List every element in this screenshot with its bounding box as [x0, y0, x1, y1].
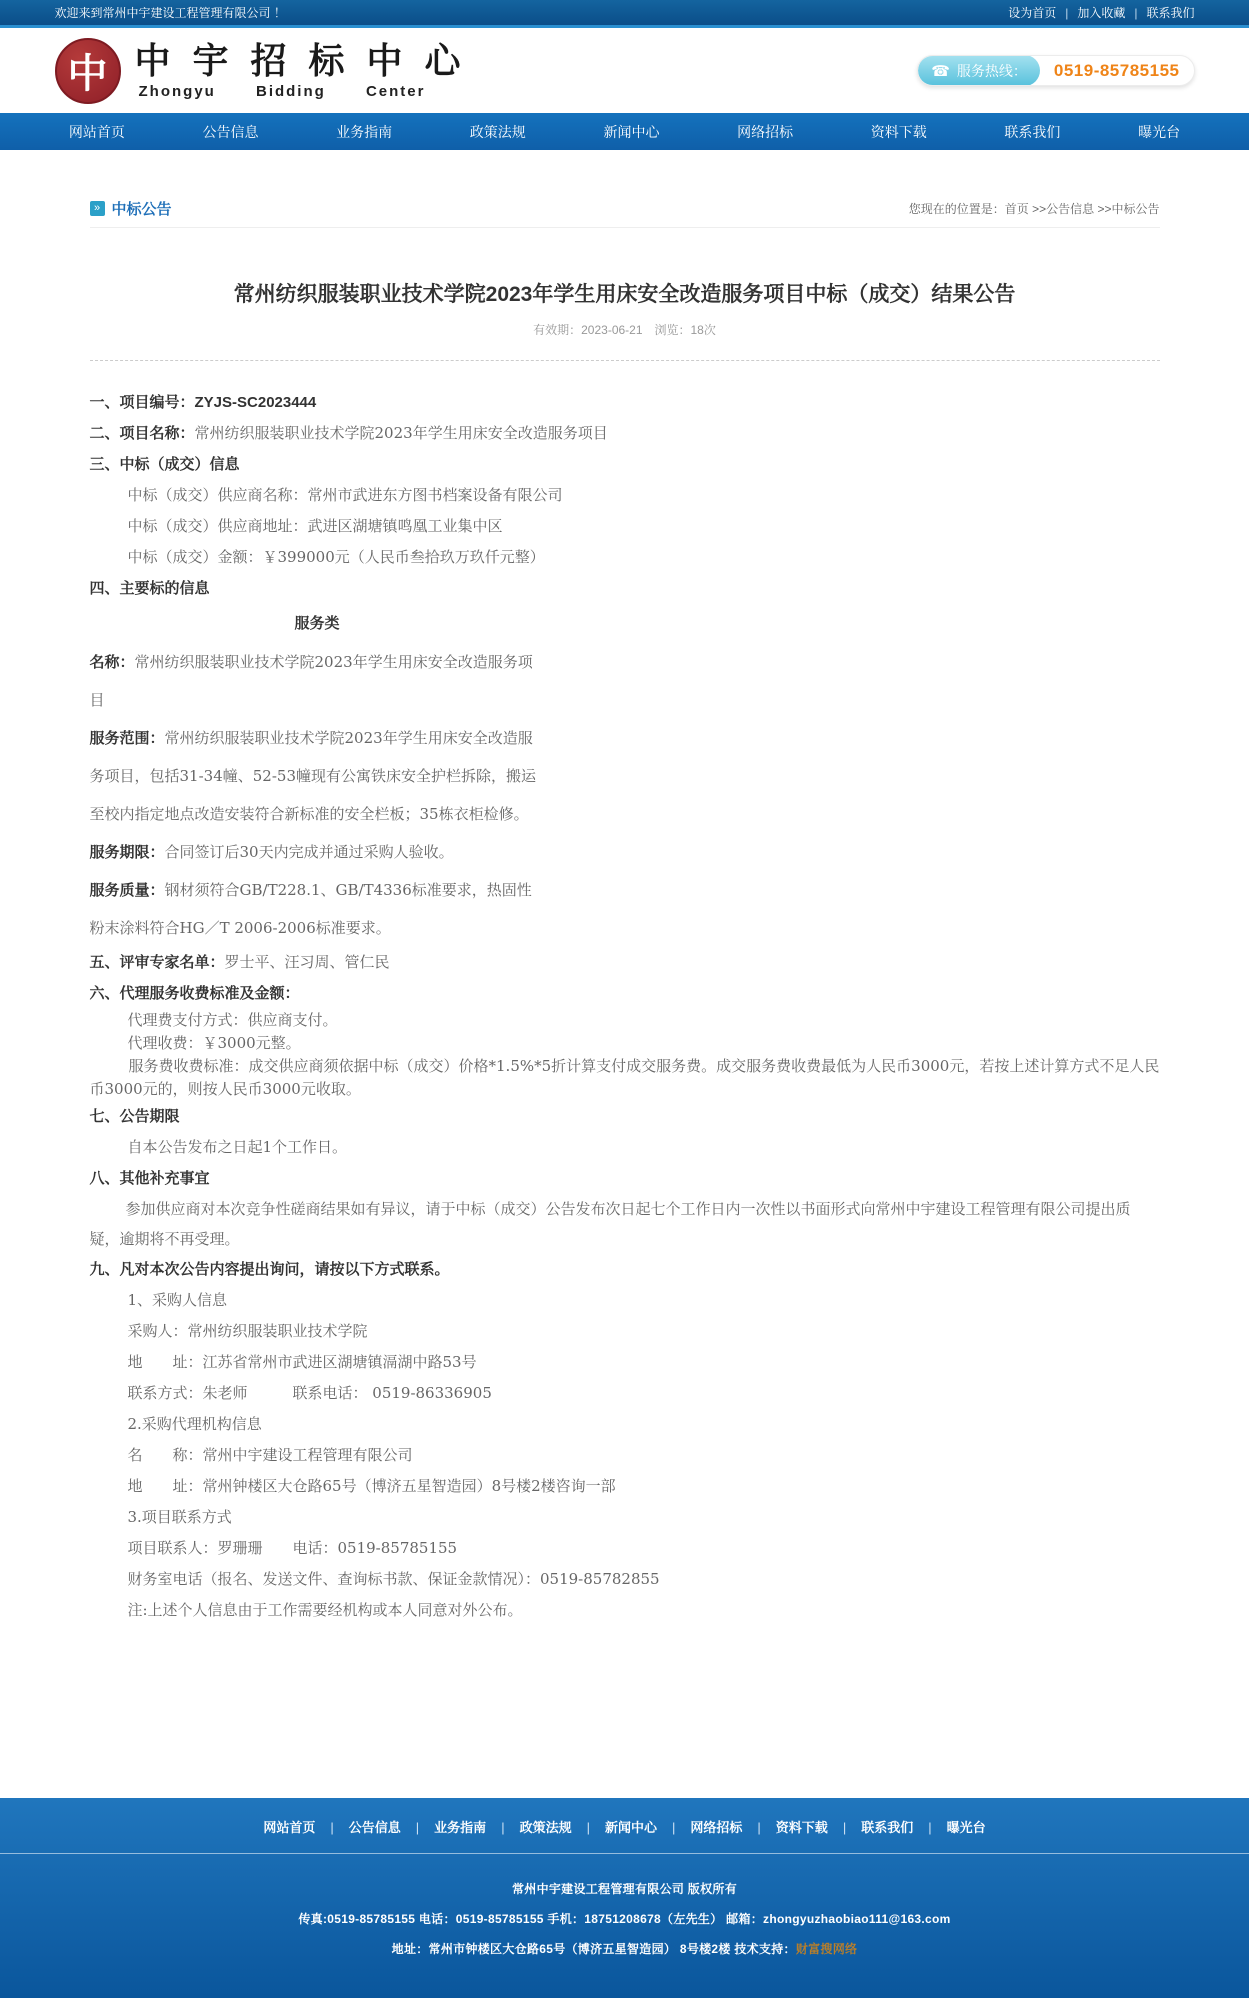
article-paragraph: 服务类: [90, 604, 545, 643]
hotline-number: 0519-85785155: [1040, 61, 1194, 81]
article-paragraph: 服务质量：钢材须符合GB/T228.1、GB/T4336标准要求，热固性粉末涂料…: [90, 871, 545, 947]
footer-nav-item[interactable]: 政策法规: [486, 1817, 571, 1836]
article-paragraph: 一、项目编号：ZYJS-SC2023444: [90, 387, 1160, 418]
article-paragraph: 二、项目名称：常州纺织服装职业技术学院2023年学生用床安全改造服务项目: [90, 418, 1160, 449]
article-paragraph: 采购人：常州纺织服装职业技术学院: [90, 1316, 1160, 1347]
article-paragraph: 2.采购代理机构信息: [90, 1409, 1160, 1440]
footer-nav-item[interactable]: 网站首页: [263, 1817, 315, 1836]
article-paragraph: 服务费收费标准：成交供应商须依据中标（成交）价格*1.5%*5折计算支付成交服务…: [90, 1055, 1160, 1101]
footer-nav-item[interactable]: 业务指南: [401, 1817, 486, 1836]
article-body: 一、项目编号：ZYJS-SC2023444 二、项目名称：常州纺织服装职业技术学…: [90, 387, 1160, 1686]
breadcrumb-arrow-icon: »: [90, 201, 105, 216]
site-subtitle: Zhongyu Bidding Center: [135, 83, 467, 100]
hotline-label: 服务热线：: [957, 61, 1027, 81]
topbar-links: 设为首页加入收藏联系我们: [1008, 4, 1194, 21]
hotline-badge: ☎ 服务热线： 0519-85785155: [917, 55, 1194, 86]
footer-nav-item[interactable]: 联系我们: [828, 1817, 913, 1836]
nav-item[interactable]: 资料下载: [863, 122, 935, 142]
nav-item[interactable]: 业务指南: [328, 122, 400, 142]
article-paragraph: 中标（成交）供应商地址：武进区湖塘镇鸣凰工业集中区: [90, 511, 1160, 542]
topbar-link[interactable]: 设为首页: [1008, 4, 1056, 21]
logo-icon: 中: [55, 38, 121, 104]
footer-nav: 网站首页公告信息业务指南政策法规新闻中心网络招标资料下载联系我们曝光台: [0, 1798, 1249, 1853]
article-paragraph: 3.项目联系方式: [90, 1502, 1160, 1533]
divider: [90, 360, 1160, 361]
article-meta: 有效期：2023-06-21 浏览：18次: [90, 321, 1160, 338]
article-paragraph: 联系方式：朱老师 联系电话： 0519-86336905: [90, 1378, 1160, 1409]
article-paragraph: 代理收费：￥3000元整。: [90, 1032, 1160, 1055]
nav-item[interactable]: 新闻中心: [595, 122, 667, 142]
article-paragraph: 名称：常州纺织服装职业技术学院2023年学生用床安全改造服务项目: [90, 643, 545, 719]
footer-nav-item[interactable]: 资料下载: [742, 1817, 827, 1836]
nav-item[interactable]: 网站首页: [61, 122, 133, 142]
phone-icon: ☎: [931, 62, 950, 80]
footer-nav-item[interactable]: 网络招标: [657, 1817, 742, 1836]
nav-item[interactable]: 政策法规: [462, 122, 534, 142]
article-paragraph: 六、代理服务收费标准及金额：: [90, 978, 1160, 1009]
nav-item[interactable]: 公告信息: [194, 122, 266, 142]
content-container: » 中标公告 您现在的位置是：首页 >>公告信息 >>中标公告 常州纺织服装职业…: [90, 150, 1160, 1686]
article-paragraph: 九、凡对本次公告内容提出询问，请按以下方式联系。: [90, 1254, 1160, 1285]
article-paragraph: 代理费支付方式：供应商支付。: [90, 1009, 1160, 1032]
site-title: 中 宇 招 标 中 心: [135, 41, 467, 81]
article-paragraph: 中标（成交）供应商名称：常州市武进东方图书档案设备有限公司: [90, 480, 1160, 511]
article-paragraph: 三、中标（成交）信息: [90, 449, 1160, 480]
main-nav: 网站首页公告信息业务指南政策法规新闻中心网络招标资料下载联系我们曝光台: [0, 113, 1249, 150]
footer-info: 常州中宇建设工程管理有限公司 版权所有 传真:0519-85785155 电话：…: [0, 1854, 1249, 1998]
article-paragraph: 八、其他补充事宜: [90, 1163, 1160, 1194]
breadcrumb-location: 您现在的位置是：首页 >>公告信息 >>中标公告: [909, 200, 1160, 217]
announcement-article: 常州纺织服装职业技术学院2023年学生用床安全改造服务项目中标（成交）结果公告 …: [90, 280, 1160, 1686]
article-paragraph: 服务范围：常州纺织服装职业技术学院2023年学生用床安全改造服务项目，包括31-…: [90, 719, 545, 833]
article-paragraph: 自本公告发布之日起1个工作日。: [90, 1132, 1160, 1163]
footer-address: 地址：常州市钟楼区大仓路65号（博济五星智造园） 8号楼2楼 技术支持：财富搜网…: [0, 1940, 1249, 1957]
article-paragraph: 项目联系人：罗珊珊 电话：0519-85785155: [90, 1533, 1160, 1564]
article-title: 常州纺织服装职业技术学院2023年学生用床安全改造服务项目中标（成交）结果公告: [90, 280, 1160, 309]
section-title: 中标公告: [112, 198, 172, 219]
topbar: 欢迎来到常州中宇建设工程管理有限公司 ！ 设为首页加入收藏联系我们: [0, 0, 1249, 28]
header: 中 中 宇 招 标 中 心 Zhongyu Bidding Center ☎ 服…: [0, 28, 1249, 113]
article-paragraph: 服务期限：合同签订后30天内完成并通过采购人验收。: [90, 833, 545, 871]
topbar-link[interactable]: 联系我们: [1125, 4, 1194, 21]
article-paragraph: 1、采购人信息: [90, 1285, 1160, 1316]
nav-item[interactable]: 联系我们: [996, 122, 1068, 142]
article-paragraph: 中标（成交）金额：￥399000元（人民币叁拾玖万玖仟元整）: [90, 542, 1160, 573]
article-paragraph: 地 址：江苏省常州市武进区湖塘镇滆湖中路53号: [90, 1347, 1160, 1378]
footer-copyright: 常州中宇建设工程管理有限公司 版权所有: [0, 1880, 1249, 1897]
welcome-text: 欢迎来到常州中宇建设工程管理有限公司 ！: [55, 4, 286, 21]
nav-item[interactable]: 曝光台: [1130, 122, 1188, 142]
brand: 中 中 宇 招 标 中 心 Zhongyu Bidding Center: [55, 38, 467, 104]
footer-contact: 传真:0519-85785155 电话：0519-85785155 手机：187…: [0, 1910, 1249, 1927]
footer-nav-item[interactable]: 曝光台: [913, 1817, 985, 1836]
article-paragraph: 注:上述个人信息由于工作需要经机构或本人同意对外公布。: [90, 1595, 1160, 1626]
topbar-link[interactable]: 加入收藏: [1056, 4, 1125, 21]
article-paragraph: 名 称：常州中宇建设工程管理有限公司: [90, 1440, 1160, 1471]
tech-support-link[interactable]: 财富搜网络: [796, 1942, 858, 1956]
article-paragraph: 四、主要标的信息: [90, 573, 1160, 604]
footer-nav-item[interactable]: 新闻中心: [572, 1817, 657, 1836]
footer-nav-item[interactable]: 公告信息: [315, 1817, 400, 1836]
article-paragraph: 地 址：常州钟楼区大仓路65号（博济五星智造园）8号楼2楼咨询一部: [90, 1471, 1160, 1502]
nav-item[interactable]: 网络招标: [729, 122, 801, 142]
breadcrumb: » 中标公告 您现在的位置是：首页 >>公告信息 >>中标公告: [90, 198, 1160, 228]
footer: 网站首页公告信息业务指南政策法规新闻中心网络招标资料下载联系我们曝光台 常州中宇…: [0, 1798, 1249, 1998]
article-paragraph: 五、评审专家名单：罗士平、汪习周、管仁民: [90, 947, 1160, 978]
article-paragraph: 财务室电话（报名、发送文件、查询标书款、保证金款情况）：0519-8578285…: [90, 1564, 1160, 1595]
article-paragraph: 参加供应商对本次竞争性磋商结果如有异议，请于中标（成交）公告发布次日起七个工作日…: [90, 1194, 1160, 1254]
article-paragraph: 七、公告期限: [90, 1101, 1160, 1132]
